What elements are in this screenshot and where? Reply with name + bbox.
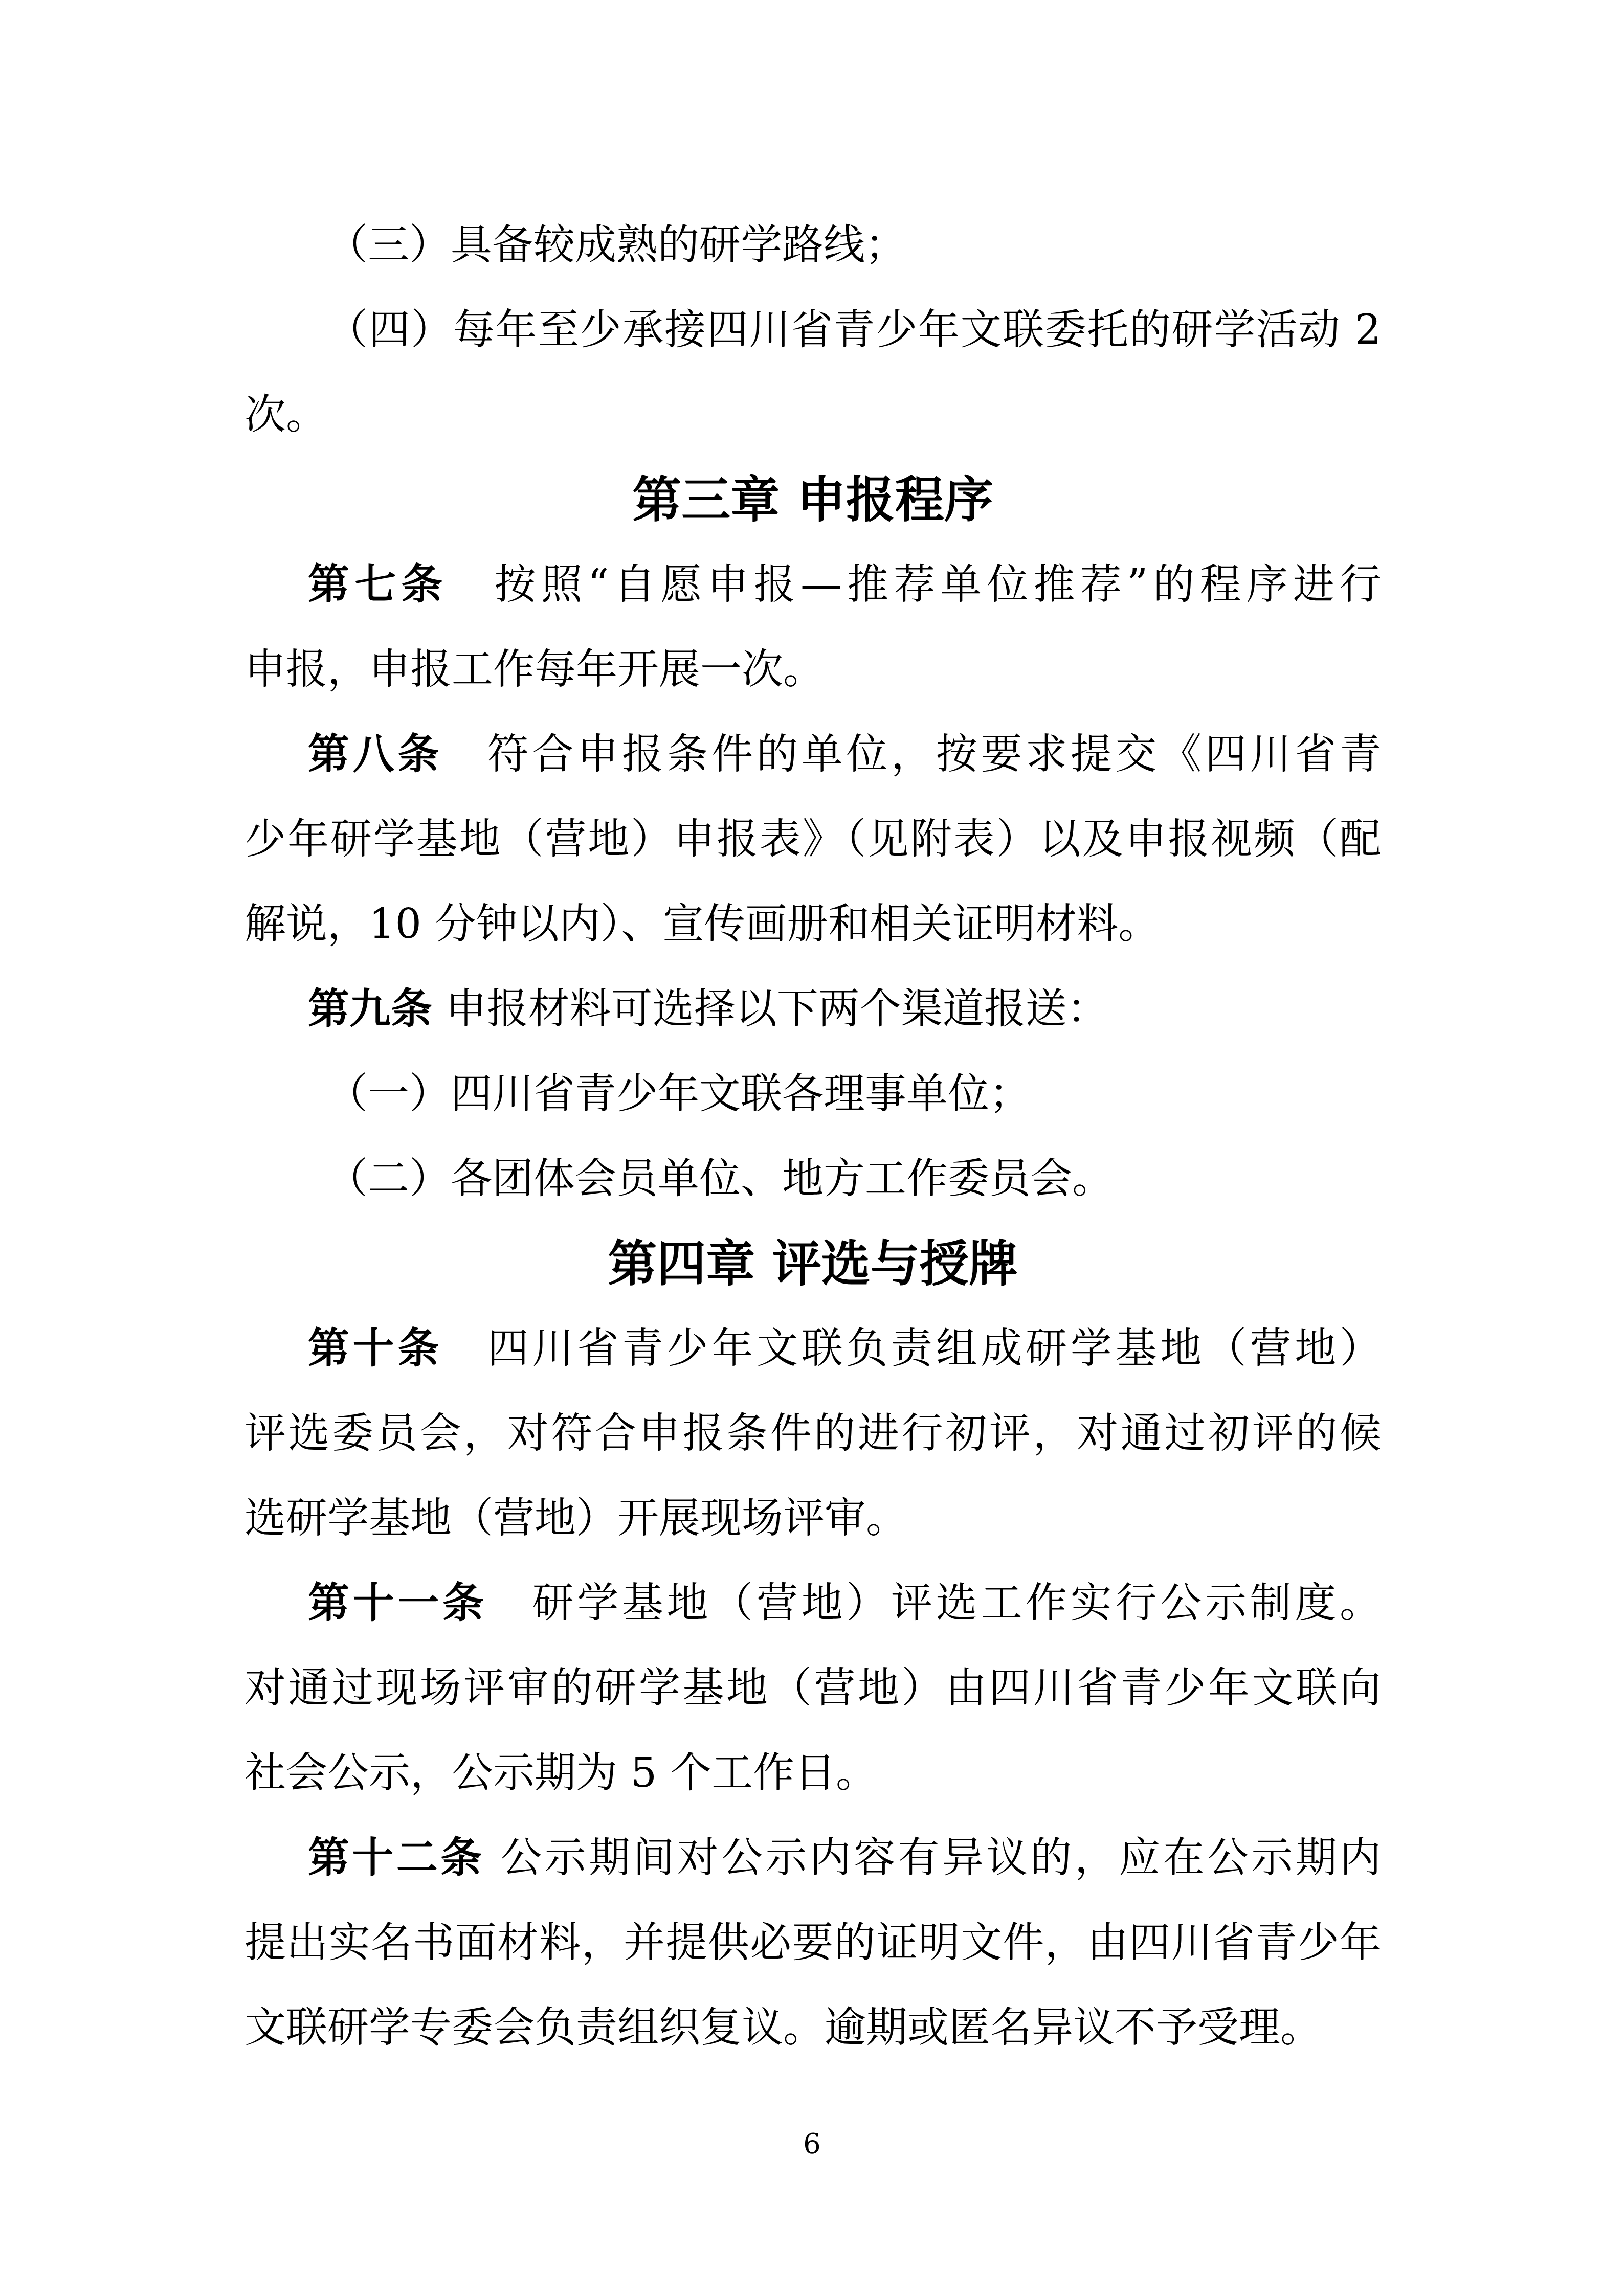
line-text: 申报材料可选择以下两个渠道报送： xyxy=(432,985,1108,1033)
chapter-heading: 第四章 评选与授牌 xyxy=(244,1221,1381,1306)
document-line: （一）四川省青少年文联各理事单位； xyxy=(244,1051,1381,1136)
document-line: 第十二条 公示期间对公示内容有异议的，应在公示期内 xyxy=(244,1815,1381,1900)
document-line: 解说，10 分钟以内）、宣传画册和相关证明材料。 xyxy=(244,882,1381,966)
article-number: 第八条 xyxy=(308,730,442,778)
line-text: 按照“自愿申报—推荐单位推荐”的程序进行 xyxy=(448,560,1381,609)
document-line: 第十条 四川省青少年文联负责组成研学基地（营地） xyxy=(244,1306,1381,1391)
document-line: （三）具备较成熟的研学路线； xyxy=(244,202,1381,287)
document-line: 申报，申报工作每年开展一次。 xyxy=(244,627,1381,712)
document-line: 第十一条 研学基地（营地）评选工作实行公示制度。 xyxy=(244,1561,1381,1646)
document-line: 次。 xyxy=(244,372,1381,457)
article-number: 第十一条 xyxy=(308,1579,487,1627)
document-line: 选研学基地（营地）开展现场评审。 xyxy=(244,1476,1381,1561)
document-line: 少年研学基地（营地）申报表》（见附表）以及申报视频（配 xyxy=(244,797,1381,882)
document-body: （三）具备较成熟的研学路线；（四）每年至少承接四川省青少年文联委托的研学活动 2… xyxy=(244,202,1381,2070)
document-line: 第八条 符合申报条件的单位，按要求提交《四川省青 xyxy=(244,712,1381,797)
line-text: 四川省青少年文联负责组成研学基地（营地） xyxy=(442,1324,1381,1372)
article-number: 第十二条 xyxy=(308,1833,484,1882)
document-line: 第九条 申报材料可选择以下两个渠道报送： xyxy=(244,966,1381,1051)
document-line: 第七条 按照“自愿申报—推荐单位推荐”的程序进行 xyxy=(244,542,1381,627)
chapter-heading: 第三章 申报程序 xyxy=(244,457,1381,542)
line-text: 研学基地（营地）评选工作实行公示制度。 xyxy=(487,1579,1381,1627)
document-line: 文联研学专委会负责组织复议。逾期或匿名异议不予受理。 xyxy=(244,1985,1381,2070)
document-line: （二）各团体会员单位、地方工作委员会。 xyxy=(244,1136,1381,1221)
line-text: 公示期间对公示内容有异议的，应在公示期内 xyxy=(484,1834,1381,1882)
document-line: （四）每年至少承接四川省青少年文联委托的研学活动 2 xyxy=(244,287,1381,372)
document-line: 对通过现场评审的研学基地（营地）由四川省青少年文联向 xyxy=(244,1646,1381,1730)
document-line: 提出实名书面材料，并提供必要的证明文件，由四川省青少年 xyxy=(244,1900,1381,1985)
page-number: 6 xyxy=(0,2122,1624,2166)
line-text: 符合申报条件的单位，按要求提交《四川省青 xyxy=(442,730,1381,778)
article-number: 第九条 xyxy=(308,984,432,1033)
article-number: 第十条 xyxy=(308,1324,442,1372)
document-line: 评选委员会，对符合申报条件的进行初评，对通过初评的候 xyxy=(244,1391,1381,1476)
article-number: 第七条 xyxy=(308,560,448,609)
document-line: 社会公示，公示期为 5 个工作日。 xyxy=(244,1730,1381,1815)
document-page: （三）具备较成熟的研学路线；（四）每年至少承接四川省青少年文联委托的研学活动 2… xyxy=(0,0,1624,2296)
